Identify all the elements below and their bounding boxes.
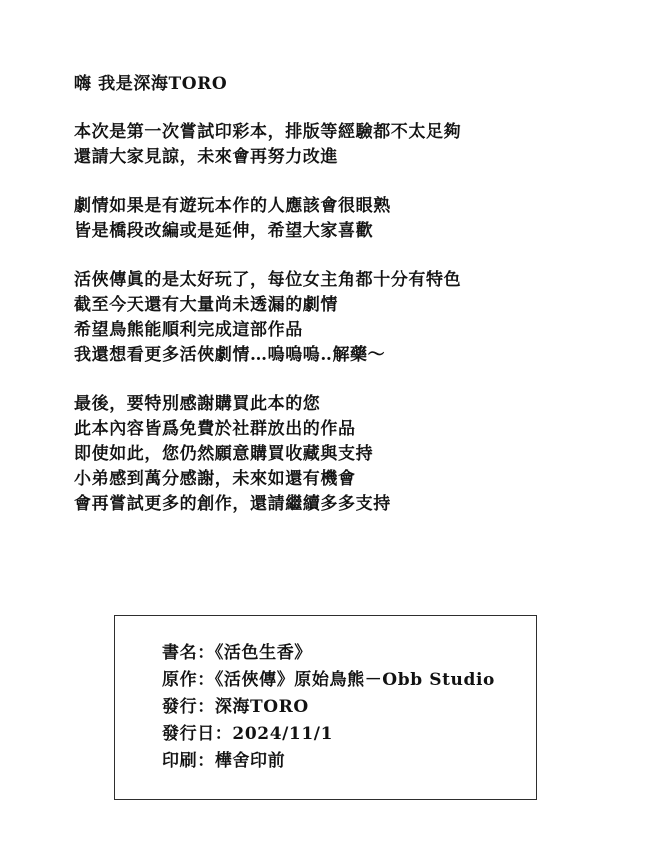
afterword-line: 劇情如果是有遊玩本作的人應該會很眼熟: [74, 194, 461, 219]
paragraph-thanks: 最後，要特別感謝購買此本的您 此本內容皆爲免費於社群放出的作品 即使如此，您仍然…: [74, 392, 461, 517]
colophon-row-printer: 印刷：樺舍印前: [162, 748, 520, 775]
colophon-value: 《活俠傳》原始鳥熊－Obb Studio: [215, 670, 495, 690]
colophon-value: 《活色生香》: [215, 643, 312, 663]
afterword-line: 希望鳥熊能順利完成這部作品: [74, 318, 461, 343]
colophon-value: 2024/11/1: [232, 724, 333, 744]
colophon-box: 書名：《活色生香》 原作：《活俠傳》原始鳥熊－Obb Studio 發行：深海T…: [114, 615, 537, 800]
afterword-body: 嗨 我是深海TORO 本次是第一次嘗試印彩本，排版等經驗都不太足夠 還請大家見諒…: [74, 72, 461, 541]
paragraph-print-apology: 本次是第一次嘗試印彩本，排版等經驗都不太足夠 還請大家見諒，未來會再努力改進: [74, 120, 461, 170]
afterword-line: 小弟感到萬分感謝，未來如還有機會: [74, 467, 461, 492]
colophon-label: 原作：: [162, 670, 215, 690]
colophon-row-publish-date: 發行日：2024/11/1: [162, 721, 520, 748]
colophon-label: 印刷：: [162, 751, 215, 771]
colophon-label: 書名：: [162, 643, 215, 663]
paragraph-game-praise: 活俠傳眞的是太好玩了，每位女主角都十分有特色 截至今天還有大量尚未透漏的劇情 希…: [74, 268, 461, 368]
colophon-label: 發行：: [162, 697, 215, 717]
afterword-page: 嗨 我是深海TORO 本次是第一次嘗試印彩本，排版等經驗都不太足夠 還請大家見諒…: [0, 0, 650, 850]
afterword-line: 截至今天還有大量尚未透漏的劇情: [74, 293, 461, 318]
afterword-line: 我還想看更多活俠劇情…嗚嗚嗚‥解藥～: [74, 343, 461, 368]
afterword-line: 還請大家見諒，未來會再努力改進: [74, 145, 461, 170]
greeting-line: 嗨 我是深海TORO: [74, 72, 461, 97]
colophon-row-title: 書名：《活色生香》: [162, 640, 520, 667]
afterword-line: 活俠傳眞的是太好玩了，每位女主角都十分有特色: [74, 268, 461, 293]
colophon-value: 深海TORO: [215, 697, 309, 717]
paragraph-story-note: 劇情如果是有遊玩本作的人應該會很眼熟 皆是橋段改編或是延伸，希望大家喜歡: [74, 194, 461, 244]
afterword-line: 此本內容皆爲免費於社群放出的作品: [74, 417, 461, 442]
colophon-label: 發行日：: [162, 724, 232, 744]
afterword-line: 本次是第一次嘗試印彩本，排版等經驗都不太足夠: [74, 120, 461, 145]
colophon-row-original-work: 原作：《活俠傳》原始鳥熊－Obb Studio: [162, 667, 520, 694]
colophon-value: 樺舍印前: [215, 751, 285, 771]
afterword-line: 最後，要特別感謝購買此本的您: [74, 392, 461, 417]
colophon-row-publisher: 發行：深海TORO: [162, 694, 520, 721]
afterword-line: 即使如此，您仍然願意購買收藏與支持: [74, 442, 461, 467]
afterword-line: 皆是橋段改編或是延伸，希望大家喜歡: [74, 219, 461, 244]
afterword-line: 會再嘗試更多的創作，還請繼續多多支持: [74, 492, 461, 517]
